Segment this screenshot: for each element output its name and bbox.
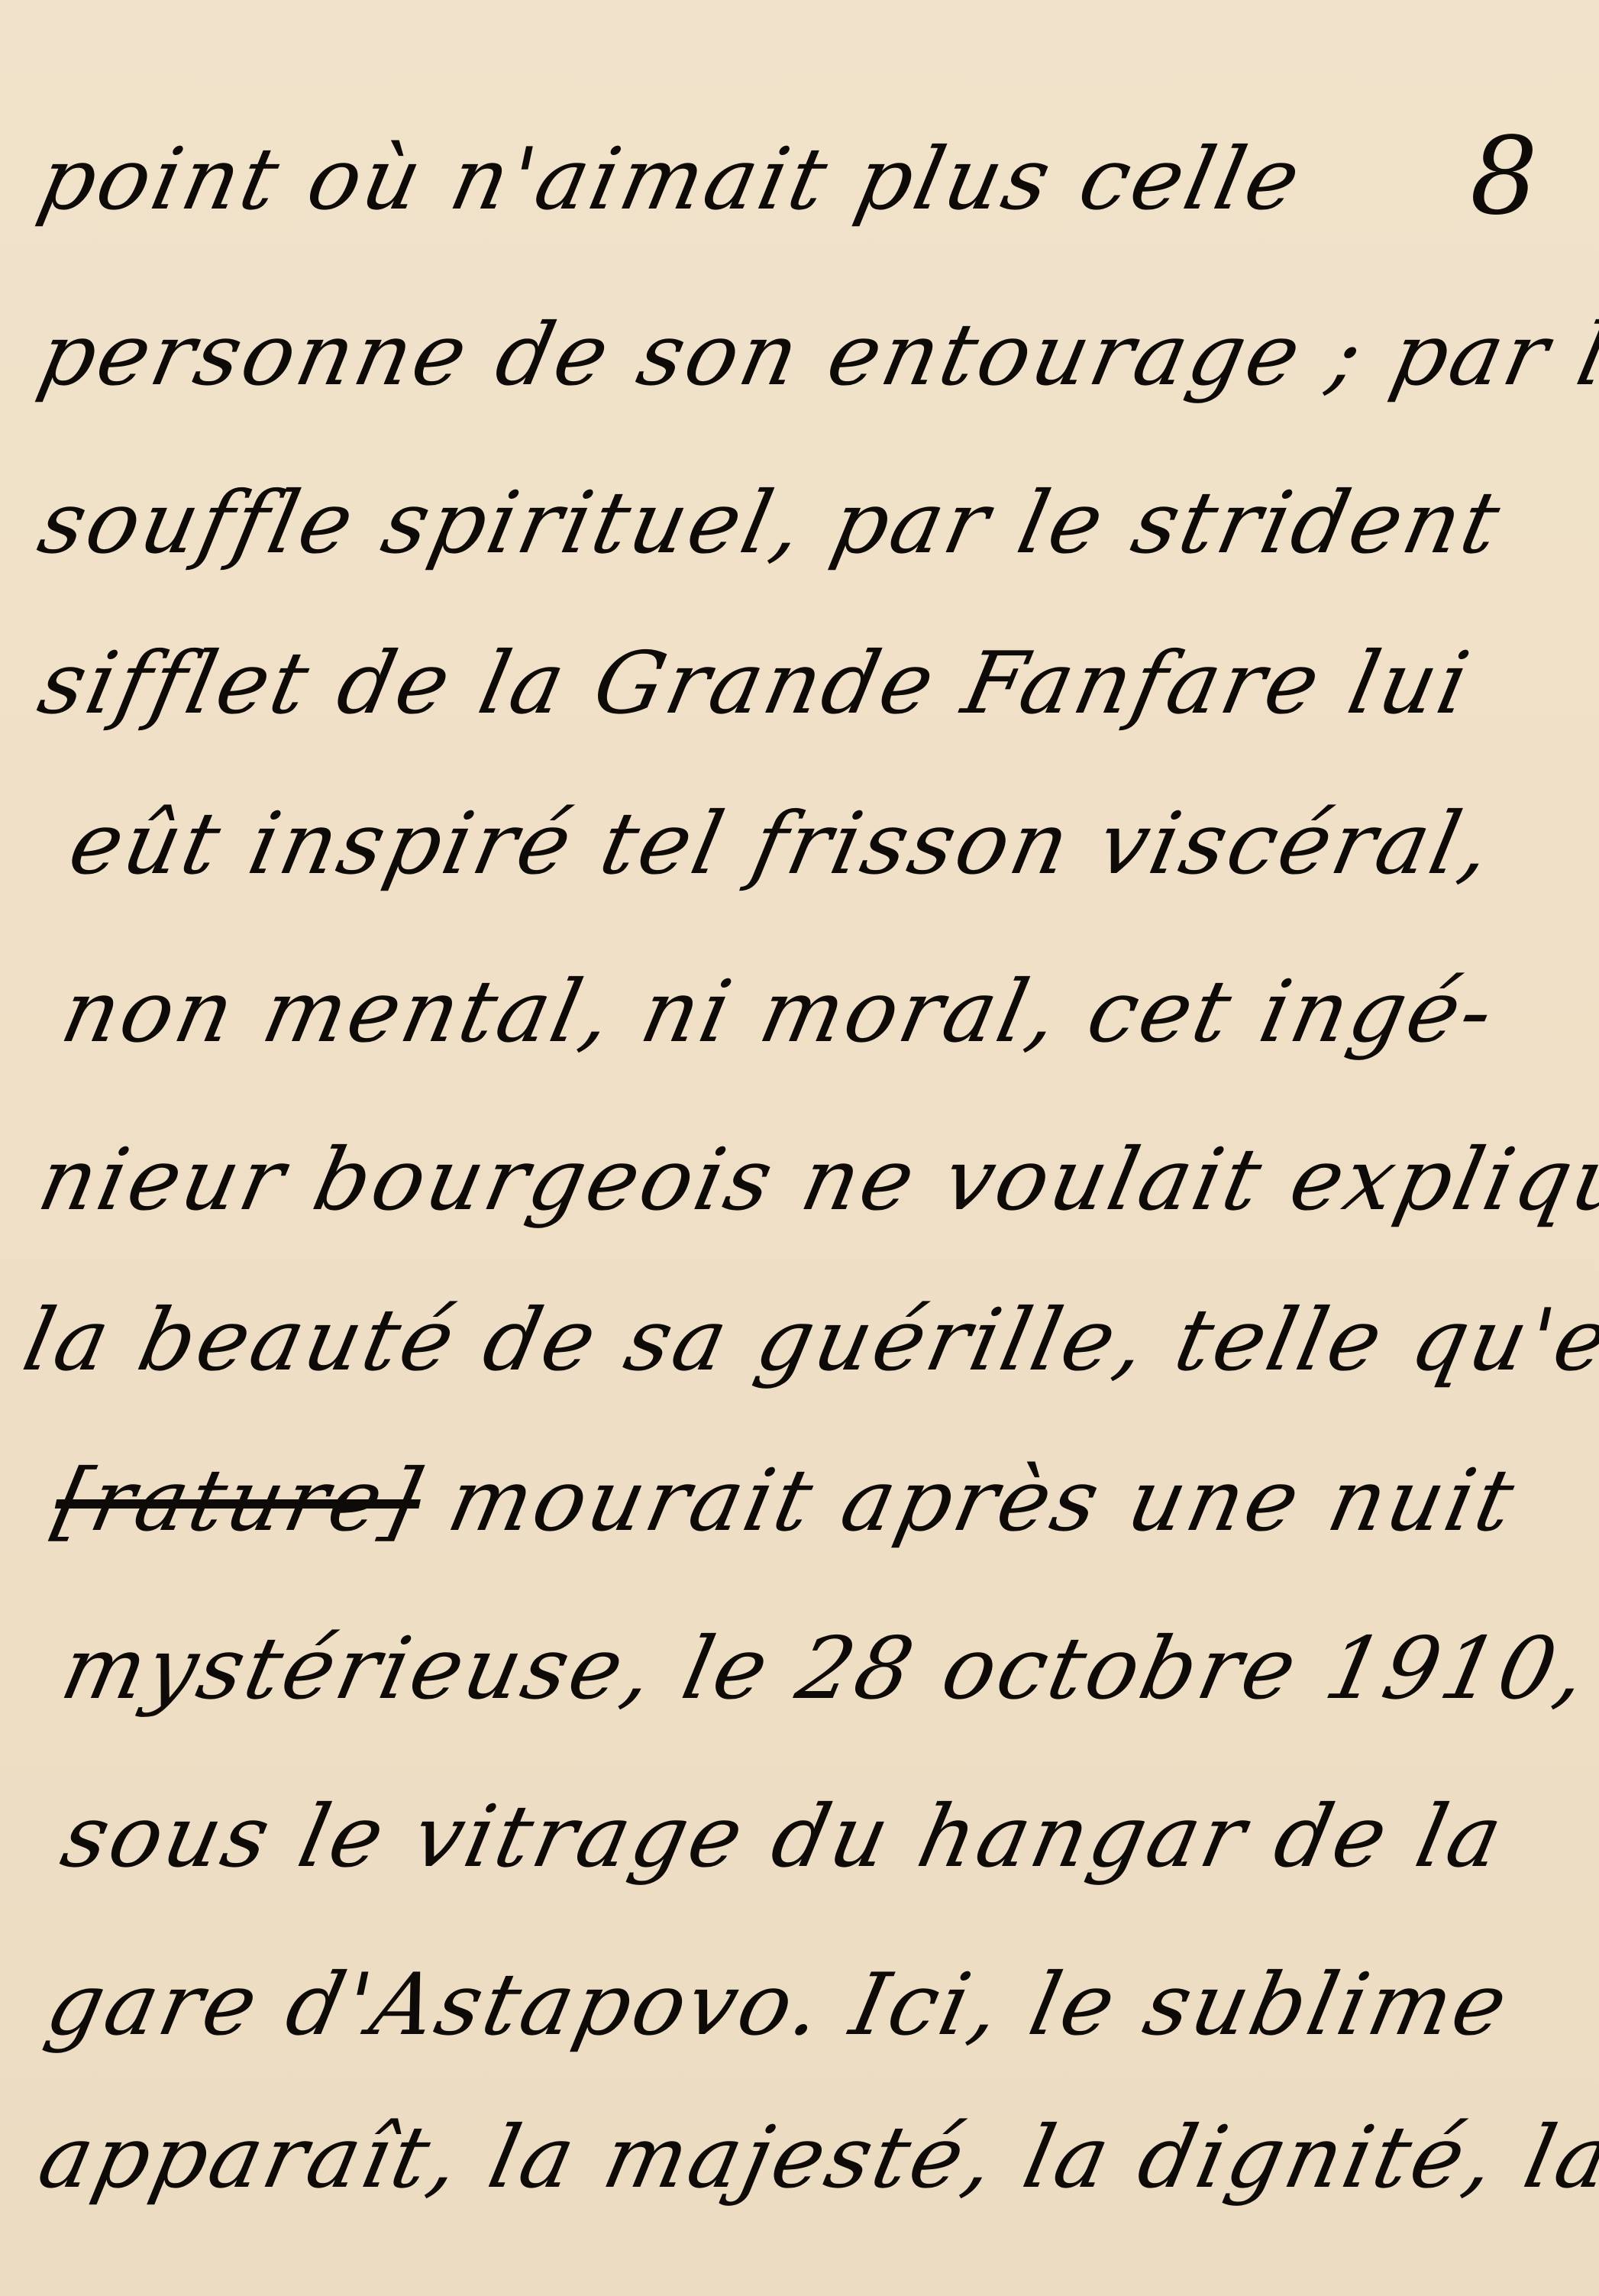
manuscript-line-8: la beauté de sa guérille, telle qu'elle: [15, 1291, 1599, 1390]
manuscript-line-1: point où n'aimait plus celle: [31, 130, 1311, 229]
manuscript-line-10: mystérieuse, le 28 octobre 1910,: [53, 1619, 1598, 1719]
manuscript-line-3: souffle spirituel, par le strident: [31, 474, 1510, 573]
manuscript-line-12: gare d'Astapovo. Ici, le sublime: [38, 1955, 1518, 2055]
manuscript-line-5: eût inspiré tel frisson viscéral,: [61, 794, 1503, 894]
manuscript-line-9: [rature] mourait après une nuit: [46, 1451, 1525, 1551]
line-9-text: mourait après une nuit: [440, 1451, 1525, 1551]
manuscript-line-13: apparaît, la majesté, la dignité, la: [31, 2108, 1599, 2207]
manuscript-line-4: sifflet de la Grande Fanfare lui: [31, 634, 1480, 733]
manuscript-line-2: personne de son entourage ; par le: [31, 306, 1599, 405]
manuscript-line-7: nieur bourgeois ne voulait expliquer: [31, 1130, 1599, 1230]
manuscript-line-11: sous le vitrage du hangar de la: [53, 1787, 1513, 1887]
struck-out-word: [rature]: [46, 1451, 431, 1551]
manuscript-page: 8 point où n'aimait plus celle personne …: [0, 0, 1599, 2296]
manuscript-line-6: non mental, ni moral, cet ingé-: [53, 962, 1504, 1062]
page-number: 8: [1470, 115, 1538, 239]
